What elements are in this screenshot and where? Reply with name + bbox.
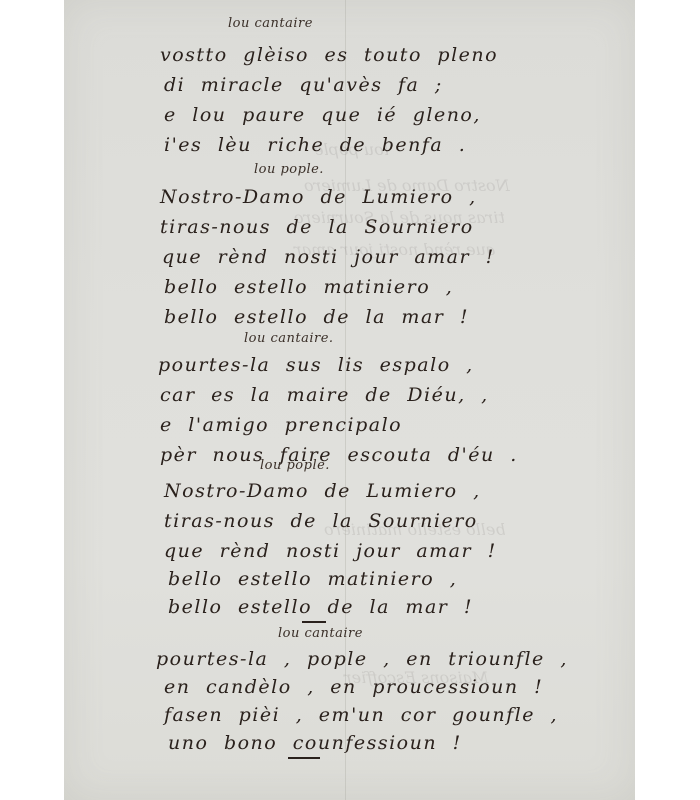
verse-line: vostto glèiso es touto pleno — [160, 44, 498, 66]
verse-line: i'es lèu riche de benfa . — [164, 134, 466, 156]
verse-line: bello estello matiniero , — [168, 568, 457, 590]
verse-line: pourtes-la sus lis espalo , — [158, 354, 474, 376]
verse-line: pourtes-la , pople , en triounfle , — [156, 648, 568, 670]
verse-line: que rènd nosti jour amar ! — [162, 246, 495, 268]
verse-line: bello estello matiniero , — [164, 276, 453, 298]
verse-line: e l'amigo prencipalo — [160, 414, 402, 436]
verse-line: que rènd nosti jour amar ! — [164, 540, 497, 562]
verse-line: di miracle qu'avès fa ; — [164, 74, 443, 96]
speaker-label: lou cantaire — [228, 16, 313, 31]
verse-line: uno bono counfessioun ! — [168, 732, 462, 754]
verse-line: fasen pièi , em'un cor gounfle , — [164, 704, 558, 726]
speaker-label: lou pople. — [254, 162, 324, 177]
verse-line: e lou paure que ié gleno, — [164, 104, 481, 126]
speaker-label: lou cantaire — [278, 626, 363, 641]
verse-line: tiras-nous de la Sourniero — [164, 510, 478, 532]
closing-divider — [288, 757, 320, 759]
manuscript-page: lou pople Nostro Damo de Lumiero tiras n… — [64, 0, 635, 800]
verse-line: en candèlo , en proucessioun ! — [164, 676, 543, 698]
verse-line: pèr nous faire escouta d'éu . — [160, 444, 518, 466]
speaker-label: lou cantaire. — [244, 331, 334, 346]
verse-line: Nostro-Damo de Lumiero , — [160, 186, 477, 208]
section-divider — [302, 621, 326, 623]
verse-line: car es la maire de Diéu, , — [160, 384, 489, 406]
verse-line: tiras-nous de la Sourniero — [160, 216, 474, 238]
verse-line: bello estello de la mar ! — [164, 306, 469, 328]
speaker-label: lou pople. — [260, 458, 330, 473]
verse-line: Nostro-Damo de Lumiero , — [164, 480, 481, 502]
verse-line: bello estello de la mar ! — [168, 596, 473, 618]
